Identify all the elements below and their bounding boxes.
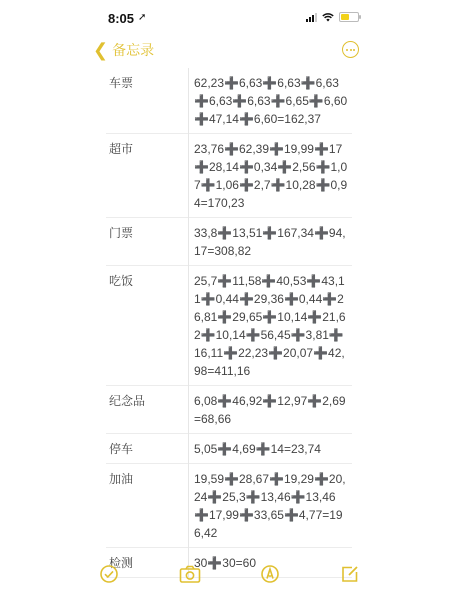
compose-icon bbox=[340, 564, 360, 584]
status-bar: 8:05 ➚ bbox=[0, 0, 459, 36]
battery-icon bbox=[339, 12, 359, 22]
wifi-icon bbox=[322, 13, 334, 22]
row-value: 62,23➕6,63➕6,63➕6,63➕6,63➕6,63➕6,65➕6,60… bbox=[189, 68, 353, 134]
row-label: 车票 bbox=[106, 68, 189, 134]
back-button[interactable]: ❮ 备忘录 bbox=[93, 40, 154, 60]
row-label: 停车 bbox=[106, 434, 189, 464]
chevron-left-icon: ❮ bbox=[93, 41, 108, 59]
row-label: 加油 bbox=[106, 464, 189, 548]
nav-bar: ❮ 备忘录 bbox=[0, 36, 459, 66]
row-value: 19,59➕28,67➕19,29➕20,24➕25,3➕13,46➕13,46… bbox=[189, 464, 353, 548]
compose-button[interactable] bbox=[340, 564, 360, 584]
ellipsis-circle-icon bbox=[346, 49, 348, 51]
back-label: 备忘录 bbox=[112, 40, 154, 60]
row-label: 超市 bbox=[106, 134, 189, 218]
row-value: 6,08➕46,92➕12,97➕2,69=68,66 bbox=[189, 386, 353, 434]
row-value: 33,8➕13,51➕167,34➕94,17=308,82 bbox=[189, 218, 353, 266]
checklist-icon bbox=[99, 564, 119, 584]
camera-button[interactable] bbox=[179, 564, 201, 584]
cellular-signal-icon bbox=[306, 13, 317, 22]
row-label: 门票 bbox=[106, 218, 189, 266]
markup-pen-icon bbox=[260, 564, 280, 584]
table-row[interactable]: 纪念品 6,08➕46,92➕12,97➕2,69=68,66 bbox=[106, 386, 352, 434]
bottom-toolbar bbox=[0, 560, 459, 590]
more-options-button[interactable] bbox=[342, 41, 359, 58]
location-arrow-icon: ➚ bbox=[138, 12, 146, 23]
table-row[interactable]: 停车 5,05➕4,69➕14=23,74 bbox=[106, 434, 352, 464]
markup-button[interactable] bbox=[260, 564, 280, 584]
camera-icon bbox=[179, 564, 201, 584]
expense-table[interactable]: 车票 62,23➕6,63➕6,63➕6,63➕6,63➕6,63➕6,65➕6… bbox=[106, 68, 352, 578]
table-row[interactable]: 车票 62,23➕6,63➕6,63➕6,63➕6,63➕6,63➕6,65➕6… bbox=[106, 68, 352, 134]
row-value: 25,7➕11,58➕40,53➕43,11➕0,44➕29,36➕0,44➕2… bbox=[189, 266, 353, 386]
row-value: 5,05➕4,69➕14=23,74 bbox=[189, 434, 353, 464]
row-label: 吃饭 bbox=[106, 266, 189, 386]
table-row[interactable]: 吃饭 25,7➕11,58➕40,53➕43,11➕0,44➕29,36➕0,4… bbox=[106, 266, 352, 386]
status-time: 8:05 bbox=[108, 11, 134, 26]
status-icons bbox=[306, 12, 359, 22]
row-label: 纪念品 bbox=[106, 386, 189, 434]
table-row[interactable]: 超市 23,76➕62,39➕19,99➕17➕28,14➕0,34➕2,56➕… bbox=[106, 134, 352, 218]
table-row[interactable]: 加油 19,59➕28,67➕19,29➕20,24➕25,3➕13,46➕13… bbox=[106, 464, 352, 548]
checklist-button[interactable] bbox=[99, 564, 119, 584]
table-row[interactable]: 门票 33,8➕13,51➕167,34➕94,17=308,82 bbox=[106, 218, 352, 266]
row-value: 23,76➕62,39➕19,99➕17➕28,14➕0,34➕2,56➕1,0… bbox=[189, 134, 353, 218]
